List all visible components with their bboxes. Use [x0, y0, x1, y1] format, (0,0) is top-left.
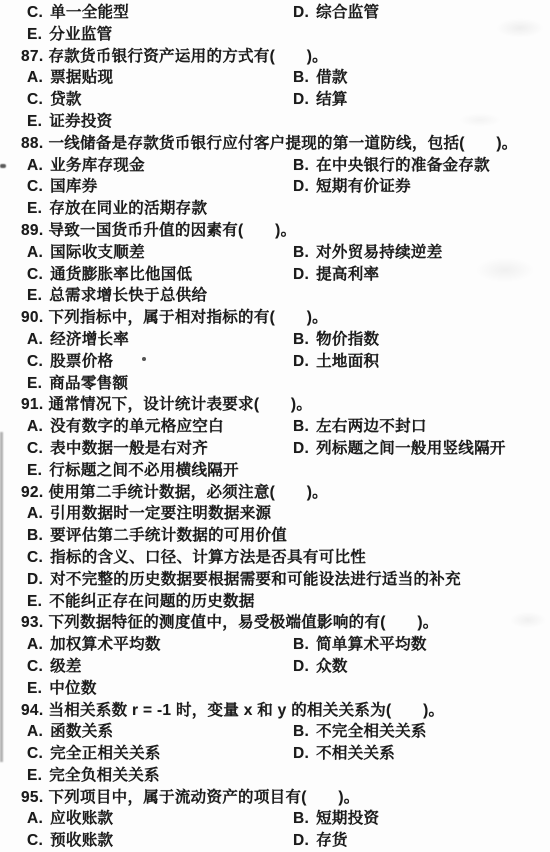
- option-text: 分业监管: [49, 26, 112, 43]
- option-text: 众数: [316, 658, 348, 675]
- option-b: B.借款: [293, 67, 550, 89]
- option-e: E.中位数: [27, 678, 293, 700]
- option-text: 结算: [316, 91, 348, 108]
- option-label: A.: [27, 505, 43, 522]
- question-text: 使用第二手统计数据，必须注意( )。: [48, 484, 328, 501]
- question-95: 95.下列项目中，属于流动资产的项目有( )。A.应收账款B.短期投资C.预收账…: [0, 787, 550, 852]
- option-c: C.国库券: [27, 176, 293, 198]
- option-a: A.应收账款: [27, 808, 293, 830]
- option-label: D.: [293, 658, 309, 675]
- option-a: A.经济增长率: [27, 329, 293, 351]
- option-text: 引用数据时一定要注明数据来源: [50, 505, 271, 522]
- scan-artifact-dot: [142, 357, 146, 361]
- option-e: E.不能纠正存在问题的历史数据: [27, 591, 550, 613]
- option-text: 土地面积: [316, 353, 379, 370]
- option-label: D.: [293, 353, 309, 370]
- question-number: 89.: [21, 222, 43, 239]
- option-label: D.: [293, 266, 309, 283]
- option-text: 总需求增长快于总供给: [49, 287, 207, 304]
- option-text: 指标的含义、口径、计算方法是否具有可比性: [50, 549, 366, 566]
- question-stem: 89.导致一国货币升值的因素有( )。: [0, 220, 550, 242]
- option-label: B.: [293, 69, 309, 86]
- exam-page: C.单一全能型D.综合监管E.分业监管87.存款货币银行资产运用的方式有( )。…: [0, 0, 550, 852]
- option-a: A.票据贴现: [27, 67, 293, 89]
- question-92: 92.使用第二手统计数据，必须注意( )。A.引用数据时一定要注明数据来源B.要…: [0, 482, 550, 613]
- option-text: 提高利率: [316, 266, 379, 283]
- option-e: E.完全负相关关系: [27, 765, 293, 787]
- option-b: B.左右两边不封口: [293, 416, 550, 438]
- option-text: 简单算术平均数: [316, 636, 427, 653]
- question-93: 93.下列数据特征的测度值中，易受极端值影响的有( )。A.加权算术平均数B.简…: [0, 612, 550, 699]
- options: A.应收账款B.短期投资C.预收账款D.存货: [27, 808, 550, 852]
- option-text: 综合监管: [316, 4, 379, 21]
- option-c: C.单一全能型: [27, 2, 293, 24]
- options: A.加权算术平均数B.简单算术平均数C.级差D.众数E.中位数: [27, 634, 550, 699]
- option-text: 物价指数: [316, 331, 379, 348]
- options: A.票据贴现B.借款C.贷款D.结算E.证券投资: [27, 67, 550, 132]
- option-d: D.对不完整的历史数据要根据需要和可能设法进行适当的补充: [27, 569, 550, 591]
- question-87: 87.存款货币银行资产运用的方式有( )。A.票据贴现B.借款C.贷款D.结算E…: [0, 46, 550, 133]
- question-stem: 94.当相关系数 r = -1 时，变量 x 和 y 的相关关系为( )。: [0, 700, 550, 722]
- option-c: C.贷款: [27, 89, 293, 111]
- option-label: C.: [27, 91, 43, 108]
- question-text: 当相关系数 r = -1 时，变量 x 和 y 的相关关系为( )。: [48, 702, 444, 719]
- option-d: D.存货: [293, 830, 550, 852]
- options: A.业务库存现金B.在中央银行的准备金存款C.国库券D.短期有价证券E.存放在同…: [27, 155, 550, 220]
- question-number: 88.: [21, 135, 43, 152]
- option-text: 业务库存现金: [50, 157, 145, 174]
- option-c: C.表中数据一般是右对齐: [27, 438, 293, 460]
- option-a: A.加权算术平均数: [27, 634, 293, 656]
- option-text: 存放在同业的活期存款: [49, 200, 207, 217]
- option-e: E.分业监管: [27, 24, 293, 46]
- option-e: E.存放在同业的活期存款: [27, 198, 293, 220]
- option-d: D.综合监管: [293, 2, 550, 24]
- question-text: 导致一国货币升值的因素有( )。: [48, 222, 296, 239]
- question-number: 93.: [21, 614, 43, 631]
- option-label: E.: [27, 462, 42, 479]
- option-e: E.证券投资: [27, 111, 293, 133]
- options: A.函数关系B.不完全相关关系C.完全正相关关系D.不相关关系E.完全负相关关系: [27, 721, 550, 786]
- question-90: 90.下列指标中，属于相对指标的有( )。A.经济增长率B.物价指数C.股票价格…: [0, 307, 550, 394]
- option-label: C.: [27, 549, 43, 566]
- option-a: A.国际收支顺差: [27, 242, 293, 264]
- option-d: D.列标题之间一般用竖线隔开: [293, 438, 550, 460]
- question-88: 88.一线储备是存款货币银行应付客户提现的第一道防线，包括( )。A.业务库存现…: [0, 133, 550, 220]
- question-text: 一线储备是存款货币银行应付客户提现的第一道防线，包括( )。: [48, 135, 517, 152]
- option-c: C.股票价格: [27, 351, 293, 373]
- option-c: C.预收账款: [27, 830, 293, 852]
- options: A.国际收支顺差B.对外贸易持续逆差C.通货膨胀率比他国低D.提高利率E.总需求…: [27, 242, 550, 307]
- option-text: 加权算术平均数: [50, 636, 161, 653]
- option-text: 借款: [316, 69, 348, 86]
- question-stem: 90.下列指标中，属于相对指标的有( )。: [0, 307, 550, 329]
- question-stem: 95.下列项目中，属于流动资产的项目有( )。: [0, 787, 550, 809]
- option-text: 对外贸易持续逆差: [316, 244, 442, 261]
- option-c: C.通货膨胀率比他国低: [27, 264, 293, 286]
- option-text: 不完全相关关系: [316, 723, 427, 740]
- option-label: B.: [293, 418, 309, 435]
- option-label: A.: [27, 244, 43, 261]
- question-stem: 87.存款货币银行资产运用的方式有( )。: [0, 46, 550, 68]
- options-continued: C.单一全能型D.综合监管E.分业监管: [0, 2, 550, 46]
- option-d: D.众数: [293, 656, 550, 678]
- option-text: 商品零售额: [49, 375, 128, 392]
- options: A.经济增长率B.物价指数C.股票价格D.土地面积E.商品零售额: [27, 329, 550, 394]
- option-b: B.对外贸易持续逆差: [293, 242, 550, 264]
- option-label: B.: [293, 331, 309, 348]
- option-label: A.: [27, 69, 43, 86]
- option-label: C.: [27, 745, 43, 762]
- option-a: A.函数关系: [27, 721, 293, 743]
- option-label: B.: [293, 157, 309, 174]
- option-text: 应收账款: [50, 810, 113, 827]
- option-b: B.不完全相关关系: [293, 721, 550, 743]
- option-text: 国际收支顺差: [50, 244, 145, 261]
- option-b: B.物价指数: [293, 329, 550, 351]
- options: C.单一全能型D.综合监管E.分业监管: [27, 2, 550, 46]
- option-label: B.: [27, 527, 43, 544]
- option-d: D.结算: [293, 89, 550, 111]
- option-label: C.: [27, 658, 43, 675]
- option-label: C.: [27, 440, 43, 457]
- option-label: D.: [293, 4, 309, 21]
- option-d: D.土地面积: [293, 351, 550, 373]
- question-stem: 91.通常情况下，设计统计表要求( )。: [0, 394, 550, 416]
- option-text: 贷款: [50, 91, 82, 108]
- option-text: 股票价格: [50, 353, 113, 370]
- option-text: 证券投资: [49, 113, 112, 130]
- option-text: 在中央银行的准备金存款: [316, 157, 490, 174]
- option-d: D.短期有价证券: [293, 176, 550, 198]
- option-label: D.: [293, 440, 309, 457]
- option-label: E.: [27, 26, 42, 43]
- option-e: E.总需求增长快于总供给: [27, 285, 293, 307]
- scan-artifact-left-band: [0, 432, 3, 762]
- option-label: A.: [27, 723, 43, 740]
- scan-artifact-speck: [0, 164, 6, 168]
- option-label: E.: [27, 767, 42, 784]
- question-text: 下列项目中，属于流动资产的项目有( )。: [48, 789, 359, 806]
- option-text: 预收账款: [50, 832, 113, 849]
- option-label: C.: [27, 178, 43, 195]
- option-text: 左右两边不封口: [316, 418, 427, 435]
- option-b: B.简单算术平均数: [293, 634, 550, 656]
- question-stem: 92.使用第二手统计数据，必须注意( )。: [0, 482, 550, 504]
- option-text: 短期投资: [316, 810, 379, 827]
- option-text: 没有数字的单元格应空白: [50, 418, 224, 435]
- option-label: D.: [27, 571, 43, 588]
- option-label: B.: [293, 244, 309, 261]
- option-label: E.: [27, 680, 42, 697]
- option-text: 列标题之间一般用竖线隔开: [316, 440, 506, 457]
- option-label: C.: [27, 4, 43, 21]
- option-a: A.没有数字的单元格应空白: [27, 416, 293, 438]
- option-e: E.行标题之间不必用横线隔开: [27, 460, 293, 482]
- question-number: 94.: [21, 702, 43, 719]
- option-text: 不能纠正存在问题的历史数据: [49, 593, 254, 610]
- option-a: A.引用数据时一定要注明数据来源: [27, 503, 550, 525]
- option-text: 完全负相关关系: [49, 767, 160, 784]
- option-label: C.: [27, 353, 43, 370]
- option-c: C.级差: [27, 656, 293, 678]
- option-label: A.: [27, 331, 43, 348]
- question-91: 91.通常情况下，设计统计表要求( )。A.没有数字的单元格应空白B.左右两边不…: [0, 394, 550, 481]
- option-label: D.: [293, 832, 309, 849]
- question-stem: 93.下列数据特征的测度值中，易受极端值影响的有( )。: [0, 612, 550, 634]
- question-89: 89.导致一国货币升值的因素有( )。A.国际收支顺差B.对外贸易持续逆差C.通…: [0, 220, 550, 307]
- question-text: 下列数据特征的测度值中，易受极端值影响的有( )。: [48, 614, 438, 631]
- option-label: C.: [27, 266, 43, 283]
- option-c: C.完全正相关关系: [27, 743, 293, 765]
- question-stem: 88.一线储备是存款货币银行应付客户提现的第一道防线，包括( )。: [0, 133, 550, 155]
- option-label: E.: [27, 113, 42, 130]
- option-b: B.要评估第二手统计数据的可用价值: [27, 525, 550, 547]
- question-number: 91.: [21, 396, 43, 413]
- option-label: E.: [27, 593, 42, 610]
- option-label: D.: [293, 91, 309, 108]
- option-text: 完全正相关关系: [50, 745, 161, 762]
- question-text: 下列指标中，属于相对指标的有( )。: [48, 309, 328, 326]
- option-d: D.提高利率: [293, 264, 550, 286]
- option-text: 不相关关系: [316, 745, 395, 762]
- option-text: 短期有价证券: [316, 178, 411, 195]
- option-label: D.: [293, 178, 309, 195]
- question-text: 通常情况下，设计统计表要求( )。: [48, 396, 312, 413]
- option-d: D.不相关关系: [293, 743, 550, 765]
- question-94: 94.当相关系数 r = -1 时，变量 x 和 y 的相关关系为( )。A.函…: [0, 700, 550, 787]
- option-text: 通货膨胀率比他国低: [50, 266, 192, 283]
- option-label: E.: [27, 287, 42, 304]
- option-label: A.: [27, 418, 43, 435]
- option-text: 要评估第二手统计数据的可用价值: [50, 527, 287, 544]
- option-text: 票据贴现: [50, 69, 113, 86]
- option-label: A.: [27, 157, 43, 174]
- question-text: 存款货币银行资产运用的方式有( )。: [48, 48, 328, 65]
- question-number: 95.: [21, 789, 43, 806]
- options: A.引用数据时一定要注明数据来源B.要评估第二手统计数据的可用价值C.指标的含义…: [27, 503, 550, 612]
- option-label: C.: [27, 832, 43, 849]
- question-number: 92.: [21, 484, 43, 501]
- option-label: E.: [27, 200, 42, 217]
- option-a: A.业务库存现金: [27, 155, 293, 177]
- question-list: C.单一全能型D.综合监管E.分业监管87.存款货币银行资产运用的方式有( )。…: [0, 0, 550, 852]
- option-label: A.: [27, 636, 43, 653]
- option-text: 级差: [50, 658, 82, 675]
- option-text: 存货: [316, 832, 348, 849]
- option-label: B.: [293, 723, 309, 740]
- option-label: B.: [293, 810, 309, 827]
- option-label: D.: [293, 745, 309, 762]
- option-text: 对不完整的历史数据要根据需要和可能设法进行适当的补充: [50, 571, 461, 588]
- option-label: E.: [27, 375, 42, 392]
- option-b: B.短期投资: [293, 808, 550, 830]
- option-text: 表中数据一般是右对齐: [50, 440, 208, 457]
- option-label: A.: [27, 810, 43, 827]
- option-text: 函数关系: [50, 723, 113, 740]
- option-text: 国库券: [50, 178, 97, 195]
- option-text: 经济增长率: [50, 331, 129, 348]
- option-b: B.在中央银行的准备金存款: [293, 155, 550, 177]
- option-text: 行标题之间不必用横线隔开: [49, 462, 239, 479]
- option-text: 单一全能型: [50, 4, 129, 21]
- question-number: 87.: [21, 48, 43, 65]
- option-text: 中位数: [49, 680, 96, 697]
- options: A.没有数字的单元格应空白B.左右两边不封口C.表中数据一般是右对齐D.列标题之…: [27, 416, 550, 481]
- option-label: B.: [293, 636, 309, 653]
- question-number: 90.: [21, 309, 43, 326]
- option-e: E.商品零售额: [27, 373, 293, 395]
- option-c: C.指标的含义、口径、计算方法是否具有可比性: [27, 547, 550, 569]
